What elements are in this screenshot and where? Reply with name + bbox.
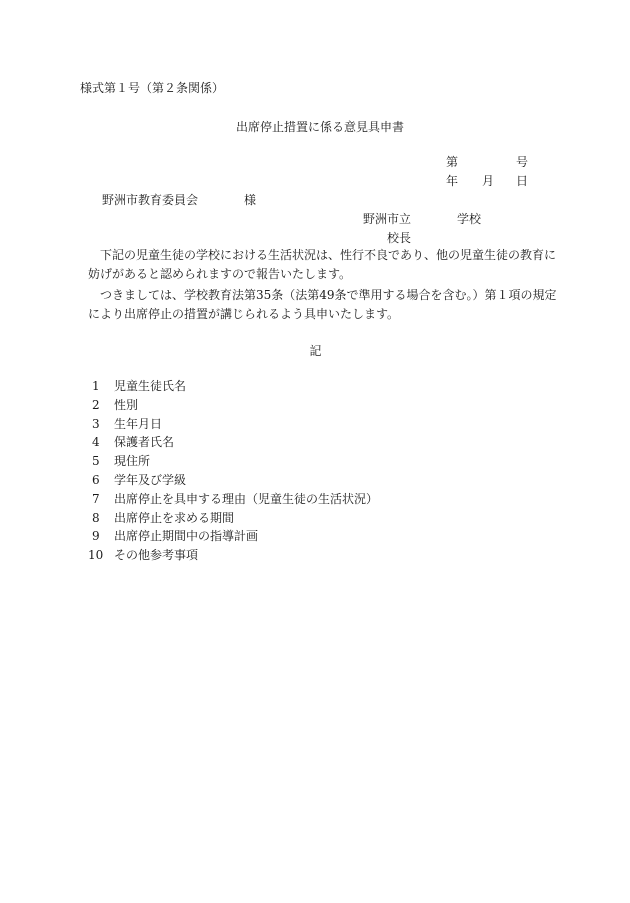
item-label: 性別	[114, 396, 138, 415]
sender-school-prefix: 野洲市立	[363, 210, 411, 228]
list-item: 10その他参考事項	[88, 546, 378, 565]
date-day-label: 日	[516, 172, 528, 190]
addressee-honorific: 様	[244, 191, 256, 209]
item-number: 1	[88, 377, 114, 396]
item-list: 1児童生徒氏名 2性別 3生年月日 4保護者氏名 5現住所 6学年及び学級 7出…	[88, 377, 378, 565]
body-paragraph-1: 下記の児童生徒の学校における生活状況は、性行不良であり、他の児童生徒の教育に妨げ…	[88, 246, 558, 284]
item-number: 10	[88, 546, 114, 565]
list-item: 6学年及び学級	[88, 471, 378, 490]
item-label: 保護者氏名	[114, 433, 174, 452]
item-label: 学年及び学級	[114, 471, 186, 490]
item-label: 生年月日	[114, 415, 162, 434]
list-item: 3生年月日	[88, 415, 378, 434]
item-label: その他参考事項	[114, 546, 198, 565]
list-item: 1児童生徒氏名	[88, 377, 378, 396]
item-label: 出席停止を具申する理由（児童生徒の生活状況）	[114, 490, 378, 509]
list-item: 8出席停止を求める期間	[88, 509, 378, 528]
date-month-label: 月	[482, 172, 494, 190]
item-number: 3	[88, 415, 114, 434]
list-item: 5現住所	[88, 452, 378, 471]
item-label: 児童生徒氏名	[114, 377, 186, 396]
item-number: 5	[88, 452, 114, 471]
addressee-name: 野洲市教育委員会	[102, 191, 198, 209]
ki-heading: 記	[0, 342, 630, 360]
item-number: 8	[88, 509, 114, 528]
document-number-prefix: 第	[446, 153, 458, 171]
document-number-suffix: 号	[516, 153, 528, 171]
item-number: 6	[88, 471, 114, 490]
list-item: 7出席停止を具申する理由（児童生徒の生活状況）	[88, 490, 378, 509]
list-item: 9出席停止期間中の指導計画	[88, 527, 378, 546]
date-year-label: 年	[446, 172, 458, 190]
form-label: 様式第１号（第２条関係）	[80, 79, 224, 97]
item-label: 出席停止を求める期間	[114, 509, 234, 528]
item-number: 4	[88, 433, 114, 452]
document-title: 出席停止措置に係る意見具申書	[0, 118, 630, 136]
item-label: 出席停止期間中の指導計画	[114, 527, 258, 546]
sender-title: 校長	[387, 229, 411, 247]
item-number: 2	[88, 396, 114, 415]
item-label: 現住所	[114, 452, 150, 471]
list-item: 2性別	[88, 396, 378, 415]
item-number: 7	[88, 490, 114, 509]
item-number: 9	[88, 527, 114, 546]
body-paragraph-2: つきましては、学校教育法第35条（法第49条で準用する場合を含む。）第１項の規定…	[88, 286, 558, 324]
sender-school-suffix: 学校	[457, 210, 481, 228]
list-item: 4保護者氏名	[88, 433, 378, 452]
